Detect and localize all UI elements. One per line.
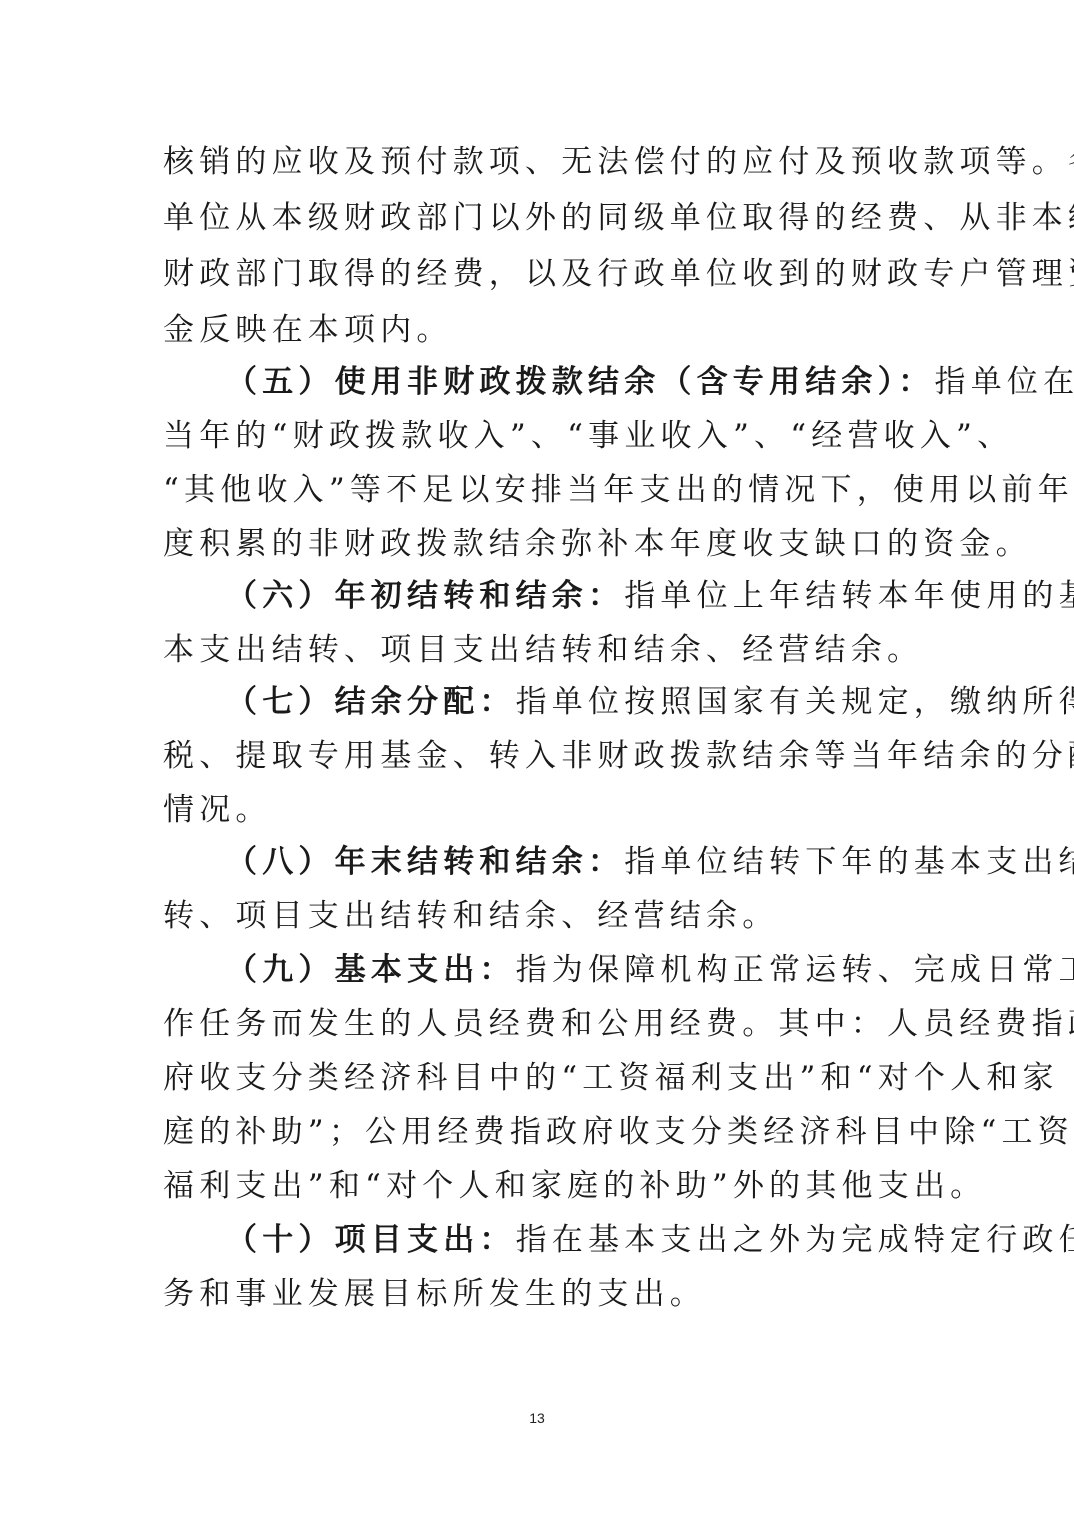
section-8-text: 指单位结转下年的基本支出结 <box>624 844 1074 880</box>
section-7-first-line: （七）结余分配：指单位按照国家有关规定，缴纳所得 <box>226 676 913 728</box>
section-9-heading: （九）基本支出： <box>226 952 516 988</box>
section-8-first-line: （八）年末结转和结余：指单位结转下年的基本支出结 <box>226 836 913 888</box>
section-5-heading: （五）使用非财政拨款结余（含专用结余）： <box>226 364 935 400</box>
section-6-first-line: （六）年初结转和结余：指单位上年结转本年使用的基 <box>226 570 913 622</box>
paragraph-line: 金反映在本项内。 <box>163 304 913 356</box>
paragraph-line: 度积累的非财政拨款结余弥补本年度收支缺口的资金。 <box>163 518 913 570</box>
page-number: 13 <box>0 1410 1074 1426</box>
paragraph-line: 务和事业发展目标所发生的支出。 <box>163 1268 913 1320</box>
paragraph-line: 情况。 <box>163 784 913 836</box>
paragraph-line: 作任务而发生的人员经费和公用经费。其中：人员经费指政 <box>163 998 913 1050</box>
paragraph-line: 当年的“财政拨款收入”、“事业收入”、“经营收入”、 <box>163 410 913 462</box>
paragraph-line: 税、提取专用基金、转入非财政拨款结余等当年结余的分配 <box>163 730 913 782</box>
paragraph-line: 核销的应收及预付款项、无法偿付的应付及预收款项等。各 <box>163 136 913 188</box>
section-10-first-line: （十）项目支出：指在基本支出之外为完成特定行政任 <box>226 1214 913 1266</box>
section-7-heading: （七）结余分配： <box>226 684 516 720</box>
section-10-text: 指在基本支出之外为完成特定行政任 <box>516 1222 1074 1258</box>
paragraph-line: 财政部门取得的经费，以及行政单位收到的财政专户管理资 <box>163 248 913 300</box>
paragraph-line: 庭的补助”；公用经费指政府收支分类经济科目中除“工资 <box>163 1106 913 1158</box>
section-6-text: 指单位上年结转本年使用的基 <box>624 578 1074 614</box>
section-9-first-line: （九）基本支出：指为保障机构正常运转、完成日常工 <box>226 944 913 996</box>
paragraph-line: 福利支出”和“对个人和家庭的补助”外的其他支出。 <box>163 1160 913 1212</box>
paragraph-line: 本支出结转、项目支出结转和结余、经营结余。 <box>163 624 913 676</box>
section-6-heading: （六）年初结转和结余： <box>226 578 624 614</box>
paragraph-line: “其他收入”等不足以安排当年支出的情况下，使用以前年 <box>163 464 913 516</box>
section-10-heading: （十）项目支出： <box>226 1222 516 1258</box>
paragraph-line: 转、项目支出结转和结余、经营结余。 <box>163 890 913 942</box>
section-9-text: 指为保障机构正常运转、完成日常工 <box>516 952 1074 988</box>
document-page: 核销的应收及预付款项、无法偿付的应付及预收款项等。各 单位从本级财政部门以外的同… <box>0 0 1074 1520</box>
paragraph-line: 单位从本级财政部门以外的同级单位取得的经费、从非本级 <box>163 192 913 244</box>
section-8-heading: （八）年末结转和结余： <box>226 844 624 880</box>
section-7-text: 指单位按照国家有关规定，缴纳所得 <box>516 684 1074 720</box>
section-5-first-line: （五）使用非财政拨款结余（含专用结余）：指单位在 <box>226 356 913 408</box>
section-5-text: 指单位在 <box>935 364 1074 400</box>
paragraph-line: 府收支分类经济科目中的“工资福利支出”和“对个人和家 <box>163 1052 913 1104</box>
